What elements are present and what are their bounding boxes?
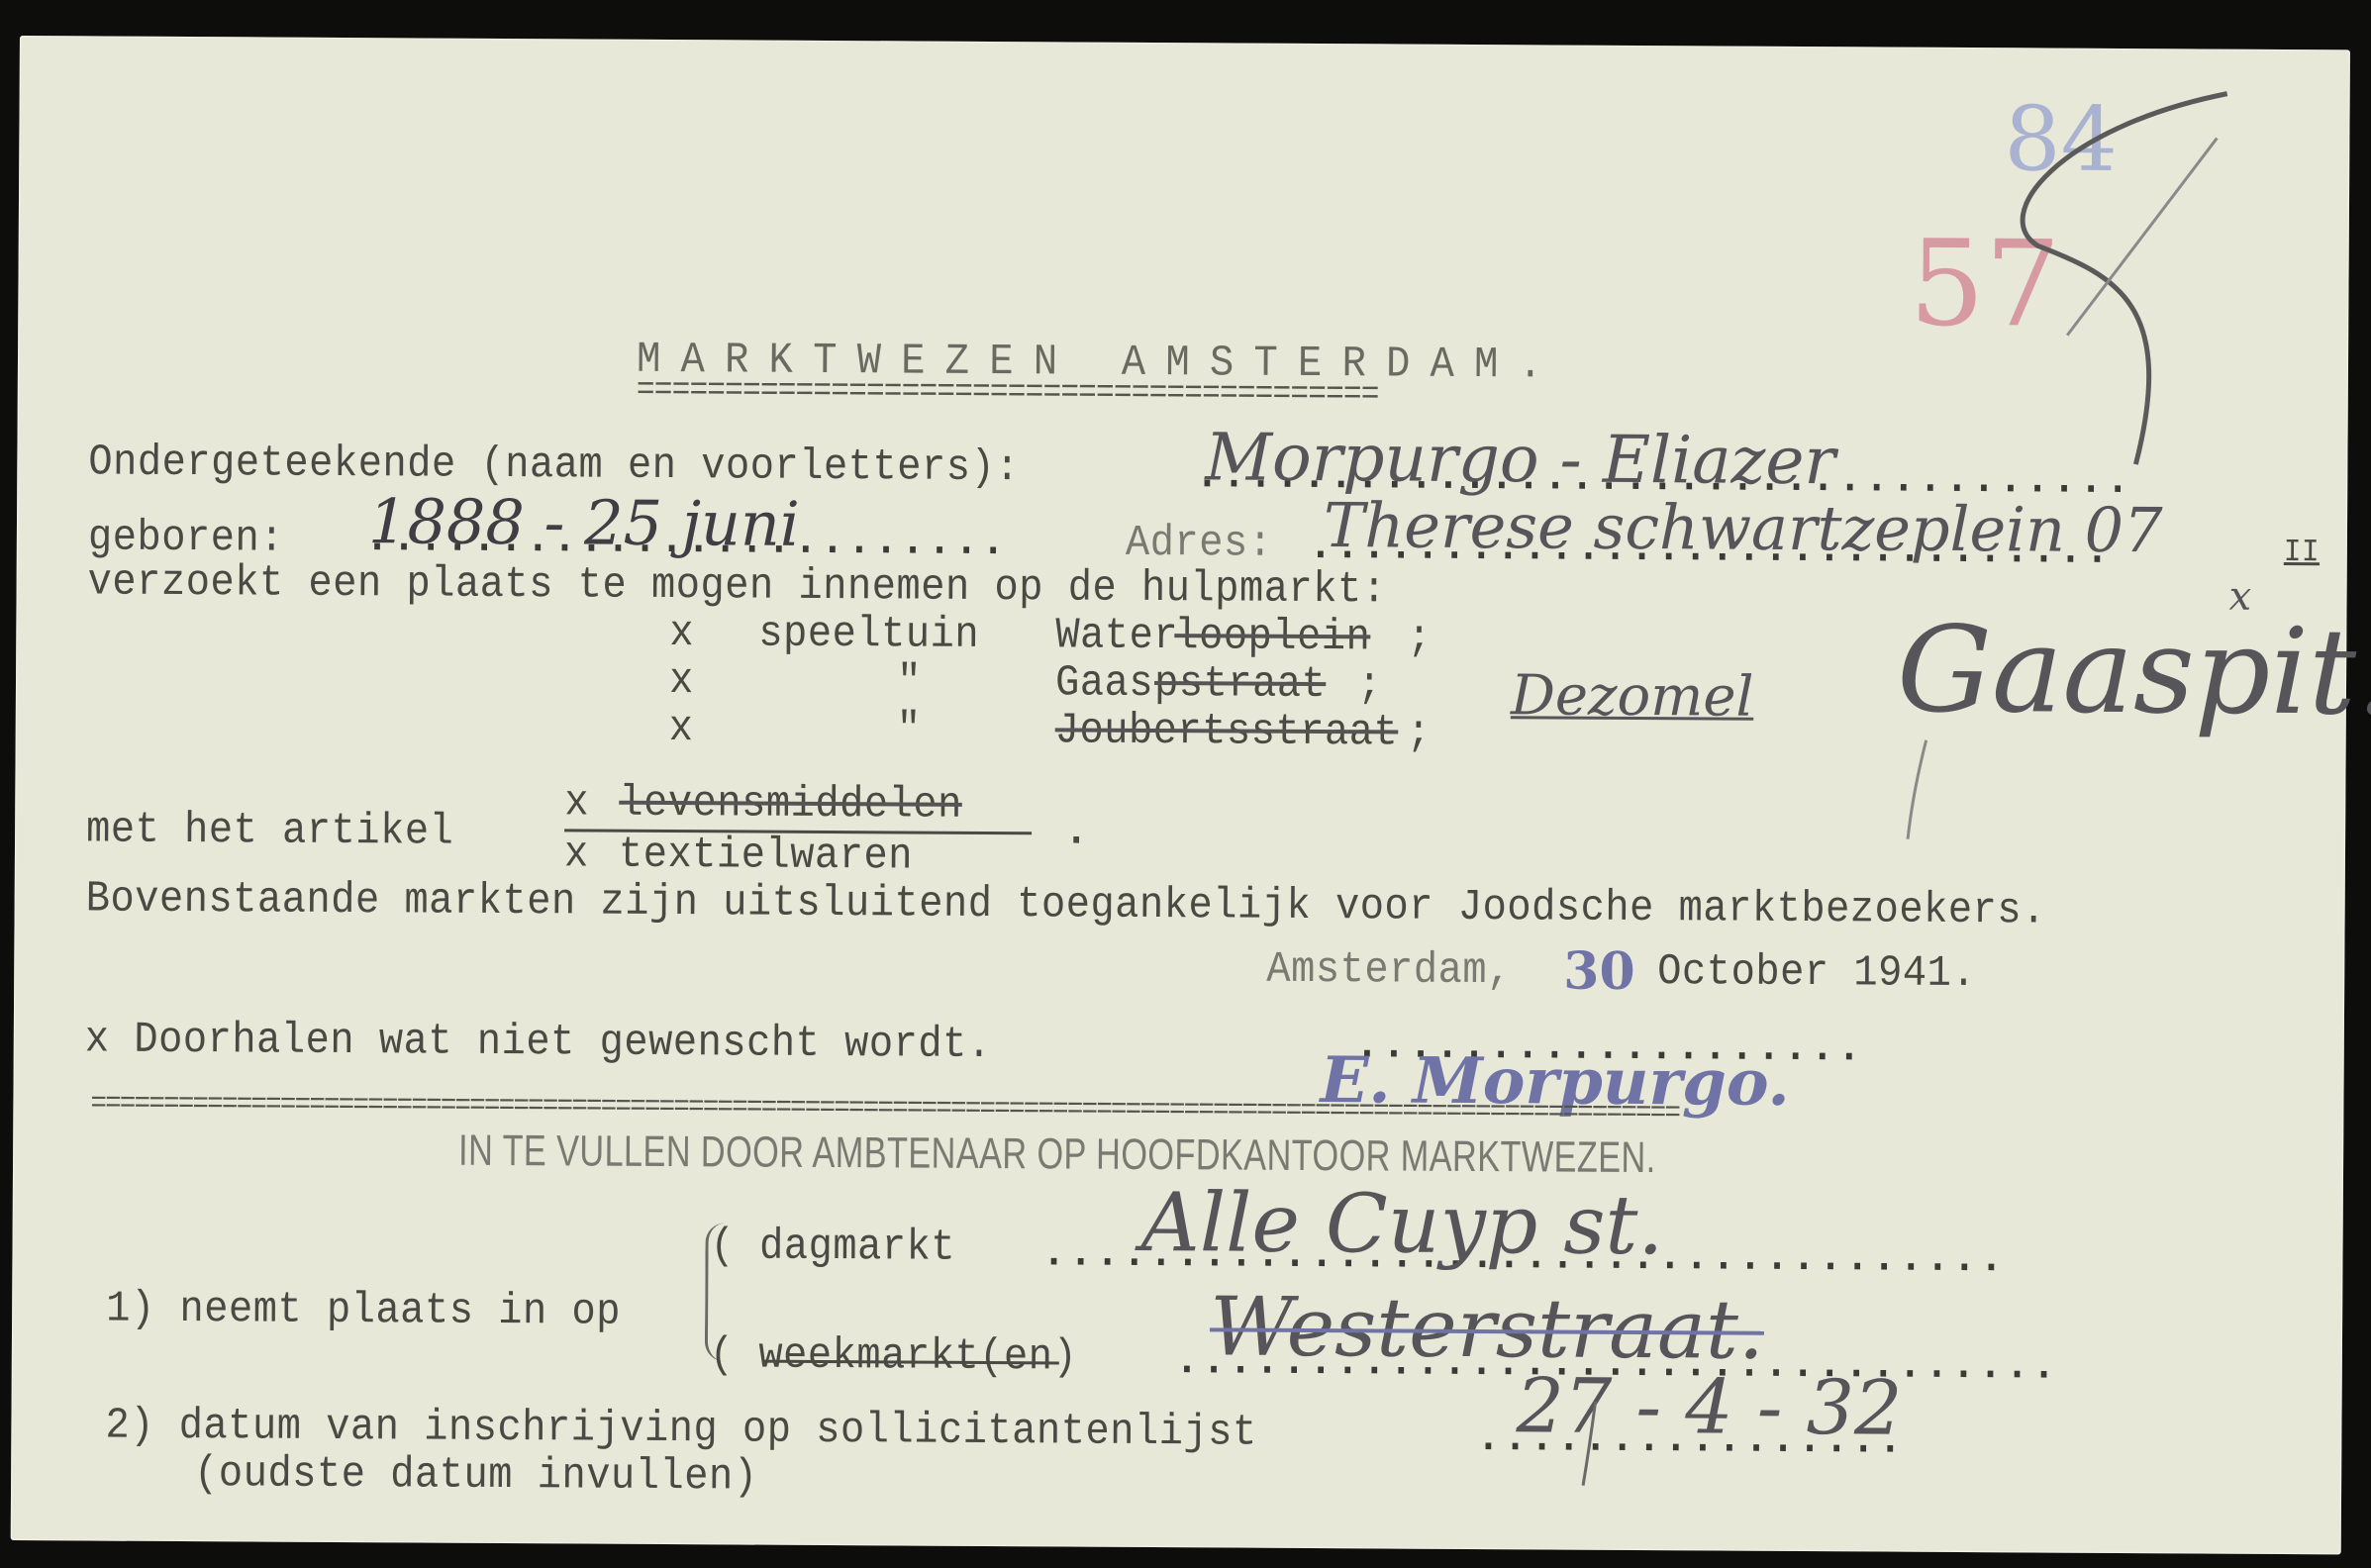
pencil-diagonal-stroke-icon [2067, 138, 2217, 337]
pencil-s-mark-icon [2022, 92, 2227, 464]
pencil-marks [11, 36, 2350, 1554]
gaaspit-descender-icon [1908, 740, 1926, 839]
index-card: 84 57 MARKTWEZEN AMSTERDAM. ============… [11, 36, 2350, 1554]
date-descender-icon [1583, 1402, 1596, 1486]
